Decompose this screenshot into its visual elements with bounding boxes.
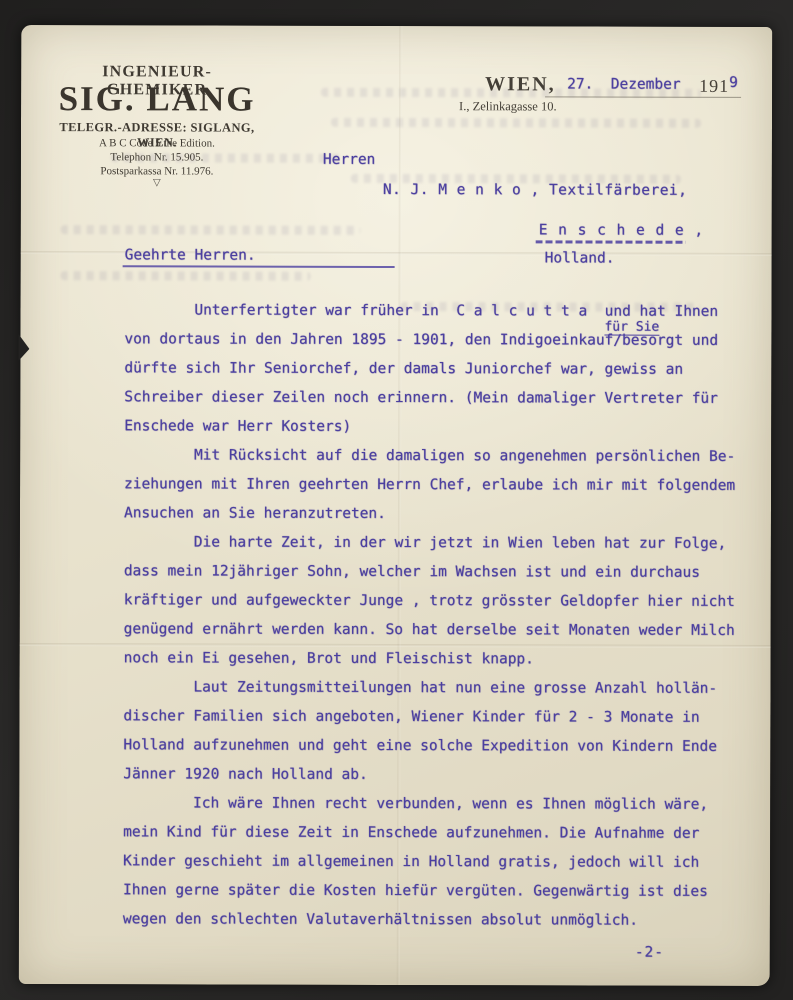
typed-line: von dortaus in den Jahren 1895 - 1901, d… bbox=[124, 331, 764, 362]
recipient-city-underline bbox=[536, 240, 686, 243]
typed-line: Ihnen gerne später die Kosten hiefür ver… bbox=[123, 882, 763, 913]
letterhead-street-address: I., Zelinkagasse 10. bbox=[459, 99, 557, 114]
triangle-ornament-icon: ▽ bbox=[59, 177, 255, 189]
typed-line: genügend ernährt werden kann. So hat der… bbox=[124, 621, 764, 652]
letterhead-telephone: Telephon Nr. 15.905. bbox=[59, 151, 255, 164]
typed-line: Holland aufzunehmen und geht eine solche… bbox=[123, 737, 763, 768]
greeting-underline bbox=[123, 265, 395, 267]
typed-line: Schreiber dieser Zeilen noch erinnern. (… bbox=[124, 389, 764, 420]
letterhead-postal-account: Postsparkassa Nr. 11.976. bbox=[59, 165, 255, 178]
page-number: -2- bbox=[635, 945, 664, 961]
ink-bleed-through bbox=[61, 225, 361, 235]
letter-body: Unterfertigter war früher in C a l c u t… bbox=[123, 302, 765, 942]
recipient-city: E n s c h e d e , bbox=[539, 222, 704, 238]
recipient-salutation: Herren bbox=[323, 152, 375, 168]
dateline-city: WIEN, bbox=[485, 73, 556, 96]
typed-year-digit: 9 bbox=[729, 75, 738, 91]
typed-line: Ansuchen an Sie heranzutreten. bbox=[124, 505, 764, 536]
recipient-country: Holland. bbox=[545, 250, 615, 266]
typed-line: Kinder geschieht im allgemeinen in Holla… bbox=[123, 853, 763, 884]
typed-line: wegen den schlechten Valutaverhältnissen… bbox=[123, 911, 763, 942]
typed-line: Mit Rücksicht auf die damaligen so angen… bbox=[124, 447, 764, 478]
typed-line: mein Kind für diese Zeit in Enschede auf… bbox=[123, 824, 763, 855]
typed-line: discher Familien sich angeboten, Wiener … bbox=[123, 708, 763, 739]
typed-line: Unterfertigter war früher in C a l c u t… bbox=[124, 302, 764, 333]
greeting: Geehrte Herren. bbox=[125, 247, 256, 263]
typed-line: Die harte Zeit, in der wir jetzt in Wien… bbox=[124, 534, 764, 565]
typed-line: Enschede war Herr Kosters) bbox=[124, 418, 764, 449]
letter-page: INGENIEUR-CHEMIKER SIG. LANG TELEGR.-ADR… bbox=[19, 25, 773, 986]
letterhead-code-line: A B C Code 5 the Edition. bbox=[59, 137, 255, 150]
typed-line: kräftiger und aufgeweckter Junge , trotz… bbox=[124, 592, 764, 623]
recipient-name: N. J. M e n k o , Textilfärberei, bbox=[383, 182, 688, 199]
typed-line: dass mein 12jähriger Sohn, welcher im Wa… bbox=[124, 563, 764, 594]
typed-line: noch ein Ei gesehen, Brot und Fleischist… bbox=[124, 650, 764, 681]
letterhead-name: SIG. LANG bbox=[51, 79, 263, 120]
typed-line: dürfte sich Ihr Seniorchef, der damals J… bbox=[124, 360, 764, 391]
handwritten-insertion: für Sie bbox=[604, 320, 659, 336]
scan-background: INGENIEUR-CHEMIKER SIG. LANG TELEGR.-ADR… bbox=[0, 0, 793, 1000]
typed-line: Jänner 1920 nach Holland ab. bbox=[123, 766, 763, 797]
paper-edge-tear bbox=[18, 334, 29, 361]
printed-year: 191 bbox=[699, 76, 729, 97]
typed-line: ziehungen mit Ihren geehrten Herrn Chef,… bbox=[124, 476, 764, 507]
typed-line: Laut Zeitungsmitteilungen hat nun eine g… bbox=[123, 679, 763, 710]
ink-bleed-through bbox=[61, 271, 311, 281]
typed-line: Ich wäre Ihnen recht verbunden, wenn es … bbox=[123, 795, 763, 826]
typed-date: 27. Dezember bbox=[567, 76, 681, 92]
ink-bleed-through bbox=[331, 118, 701, 128]
